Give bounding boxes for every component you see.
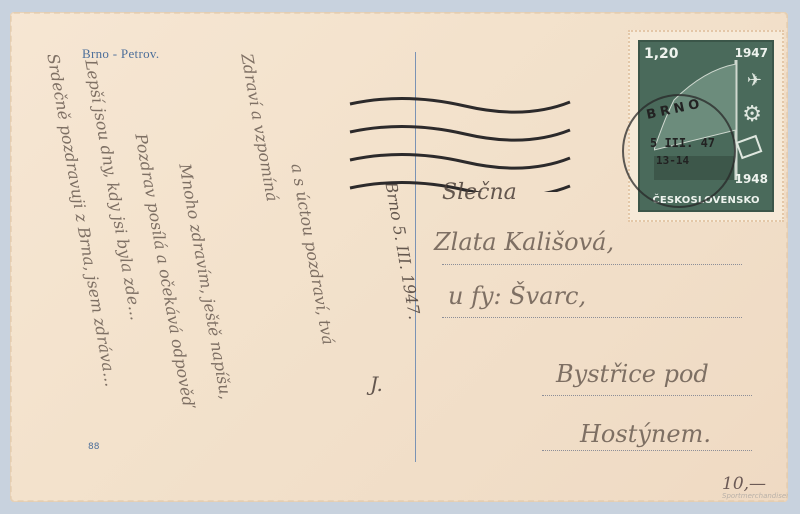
message-line: Zdraví a vzpomíná [237, 52, 282, 203]
printed-card-number: 88 [88, 442, 99, 452]
postcard-back: Brno - Petrov. 88 Srdečně pozdravuji z B… [10, 12, 788, 502]
stamp-year-start: 1947 [735, 46, 768, 60]
airplane-icon: ✈ [747, 70, 762, 91]
address-town-line2: Hostýnem. [580, 420, 711, 448]
address-dotted-line [542, 395, 752, 396]
watermark: Sportmerchandisery [722, 492, 788, 500]
postmark-date: 5 III. 47 [650, 136, 715, 150]
message-line: a s úctou pozdraví, tvá [287, 162, 338, 346]
price-annotation: 10,— [722, 474, 766, 494]
message-dateline: Brno 5. III. 1947. [381, 180, 424, 321]
address-town-line1: Bystřice pod [556, 360, 709, 388]
gear-icon: ⚙ [742, 102, 762, 127]
message-signature: J. [370, 372, 383, 396]
stamp-year-end: 1948 [735, 172, 768, 186]
postmark-city: BRNO [645, 96, 705, 123]
address-dotted-line [442, 317, 742, 318]
postmark: BRNO 5 III. 47 13-14 [622, 94, 736, 208]
address-recipient: Zlata Kališová, [434, 228, 614, 256]
address-care-of: u fy: Švarc, [448, 282, 586, 310]
postmark-time: 13-14 [656, 154, 689, 167]
stamp-value: 1,20 [644, 46, 679, 62]
cancellation-wavy-lines [345, 92, 575, 192]
address-salutation: Slečna [442, 180, 517, 205]
address-dotted-line [542, 450, 752, 451]
address-dotted-line [442, 264, 742, 265]
